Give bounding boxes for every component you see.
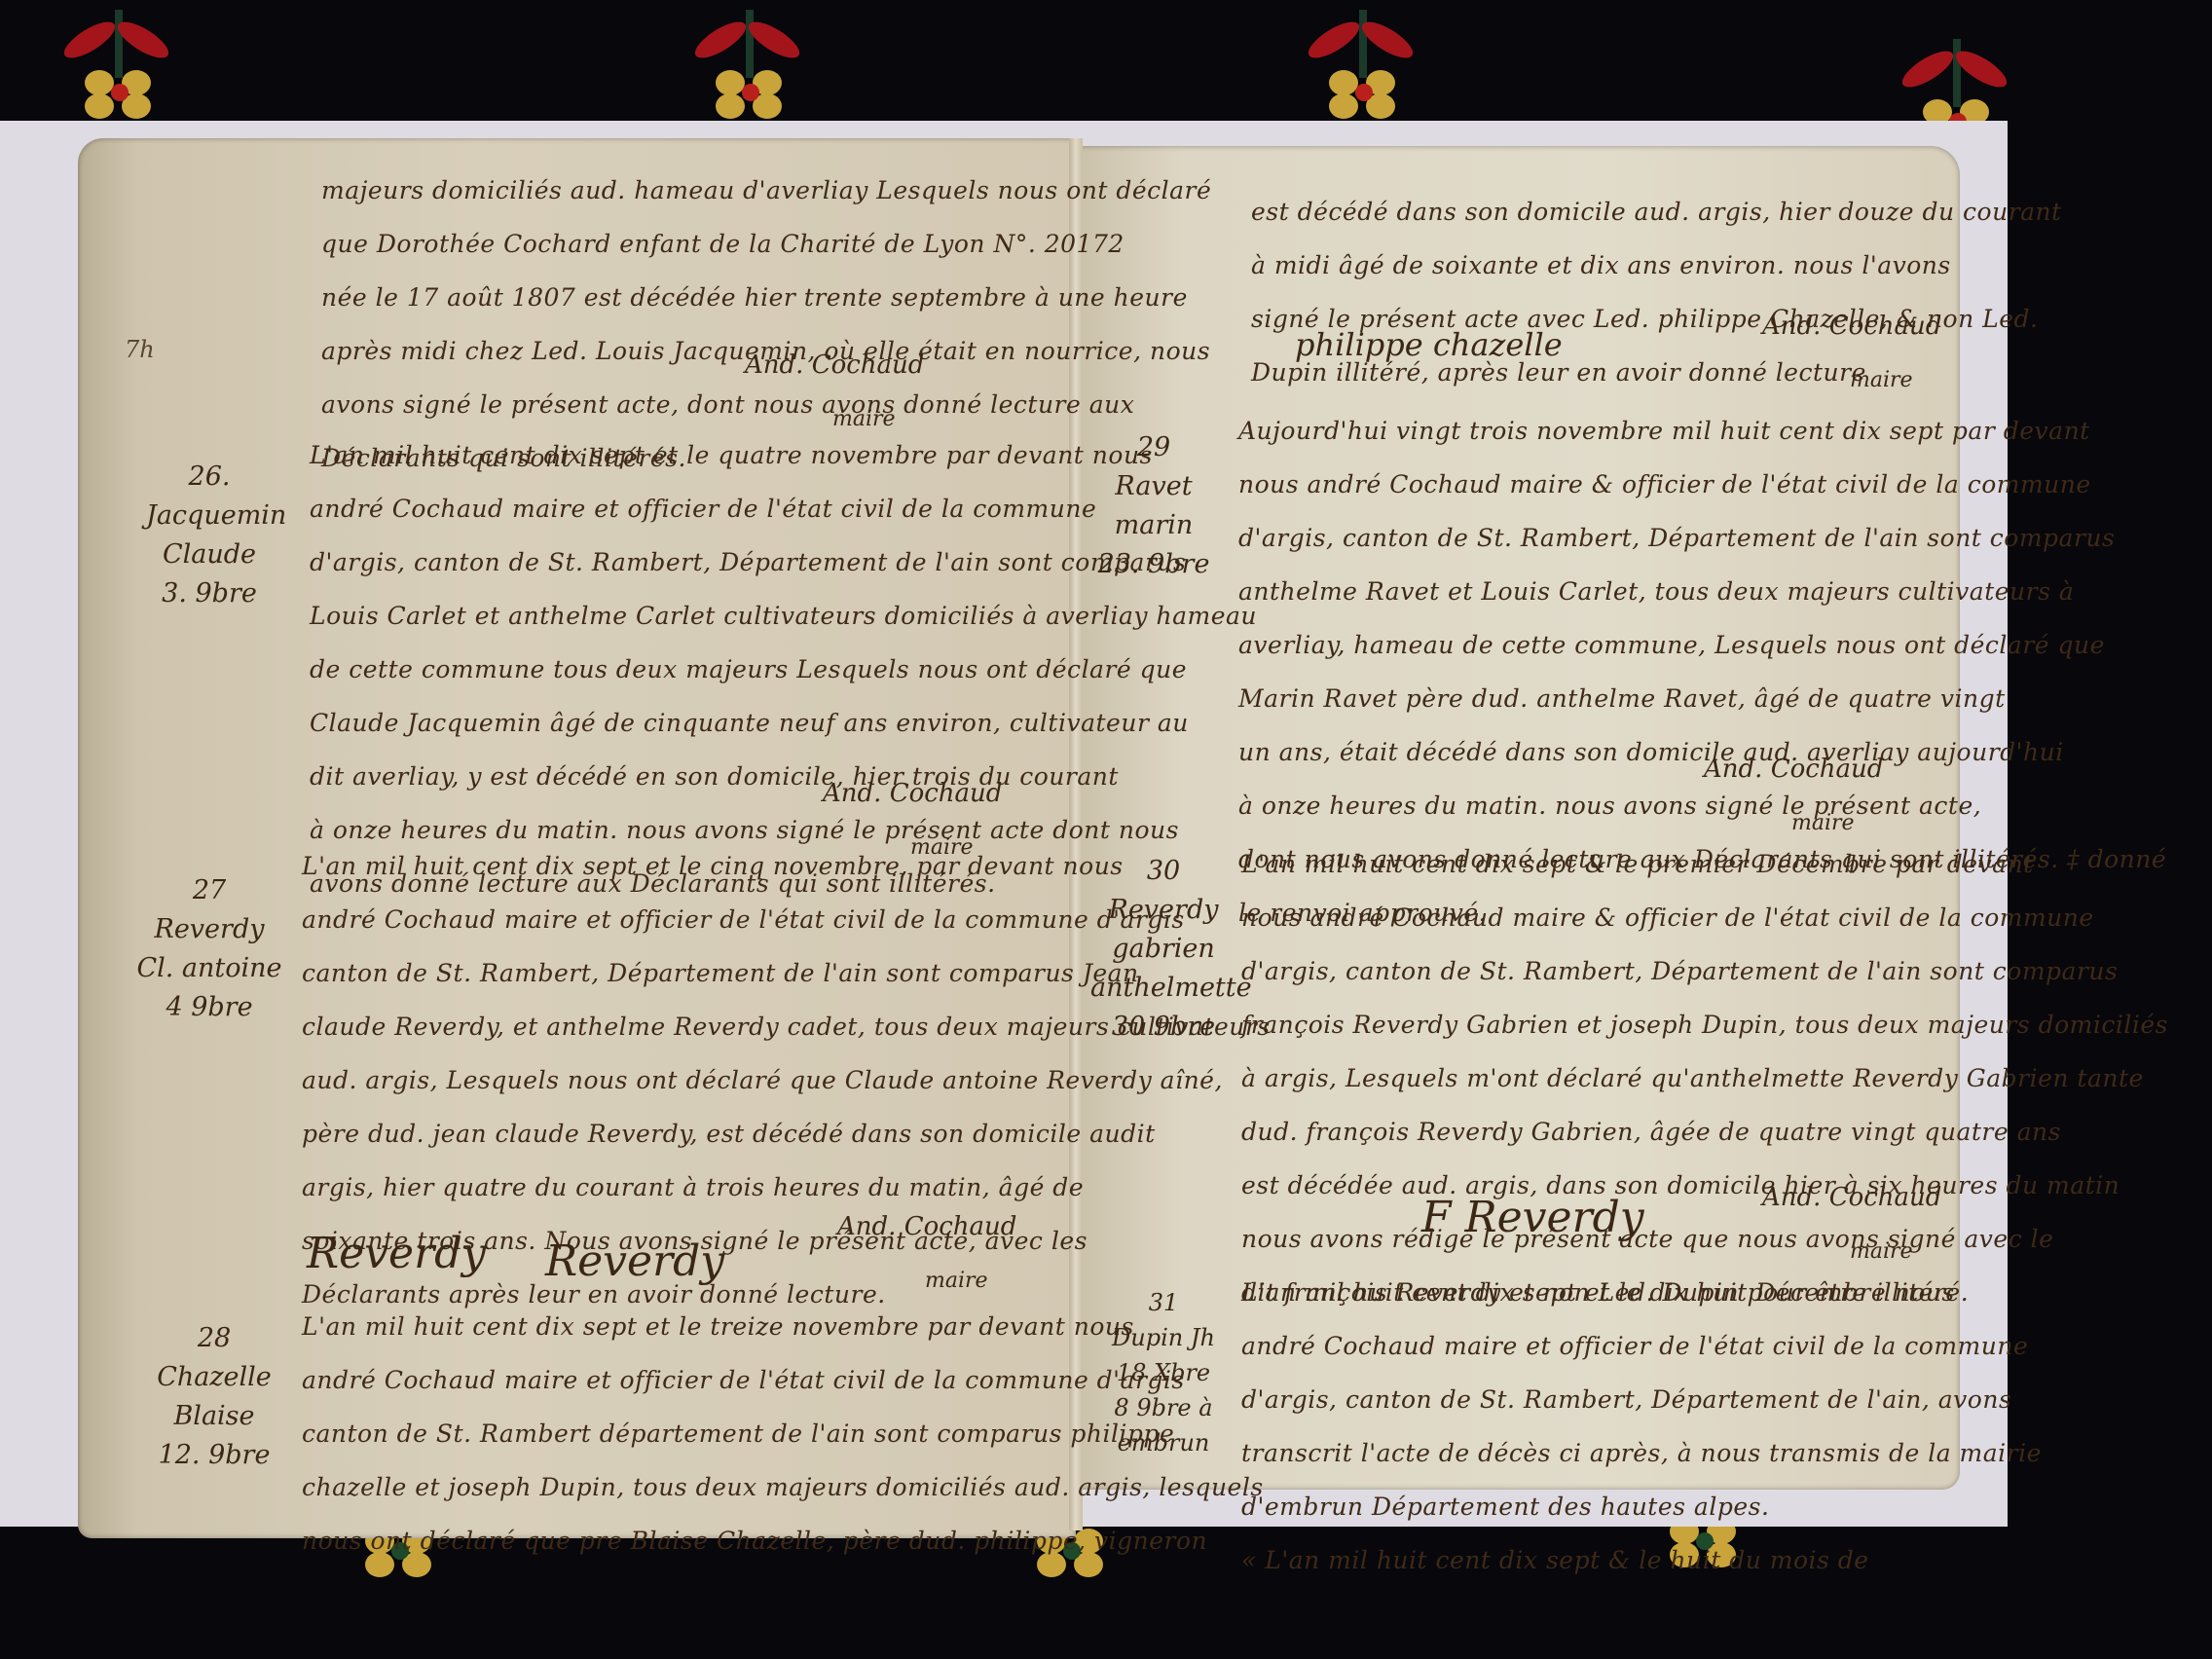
margin-note-entry-29: 29 Ravet marin 23. 9bre: [1090, 428, 1217, 584]
margin-stray-mark: 7h: [125, 336, 155, 363]
mayor-signature: And. Cochaud maire: [1762, 1183, 1941, 1264]
fabric-flower-motif: [60, 10, 177, 127]
fabric-flower-motif: [1305, 10, 1421, 127]
mayor-signature: And. Cochaud maire: [1704, 755, 1883, 835]
witness-signature: Reverdy: [307, 1229, 486, 1278]
text-line: née le 17 août 1807 est décédée hier tre…: [321, 271, 1211, 324]
death-record-entry-31: L'an mil huit cent dix sept et le dix hu…: [1241, 1266, 2042, 1587]
witness-signature: Reverdy: [545, 1236, 724, 1286]
mayor-signature: And. Cochaud maire: [837, 1212, 1016, 1293]
death-record-entry-30: L'an mil huit cent dix sept & le premier…: [1241, 837, 2168, 1319]
margin-note-entry-27: 27 Reverdy Cl. antoine 4 9bre: [136, 871, 282, 1027]
text-line: que Dorothée Cochard enfant de la Charit…: [321, 217, 1211, 271]
mayor-signature: And. Cochaud maire: [745, 350, 924, 431]
margin-note-entry-26: 26. Jacquemin Claude 3. 9bre: [146, 458, 273, 613]
fabric-flower-motif: [691, 10, 808, 127]
margin-note-entry-31: 31 Dupin Jh 18 Xbre 8 9bre à embrun: [1100, 1285, 1227, 1460]
text-line: majeurs domiciliés aud. hameau d'averlia…: [321, 164, 1211, 217]
witness-signature: F Reverdy: [1421, 1193, 1644, 1242]
mayor-signature: And. Cochaud maire: [1762, 312, 1941, 392]
witness-signature: philippe chazelle: [1295, 326, 1563, 363]
margin-note-entry-30: 30 Reverdy gabrien anthelmette 30 9bre: [1090, 852, 1236, 1047]
margin-note-entry-28: 28 Chazelle Blaise 12. 9bre: [156, 1319, 273, 1475]
